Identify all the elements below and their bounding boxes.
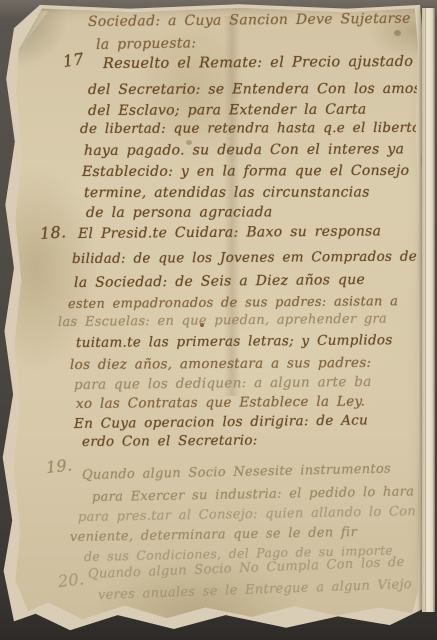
handwritten-line: El Presid.te Cuidara: Baxo su responsa	[78, 223, 381, 242]
handwritten-line: veres anuales se le Entregue a algun Vie…	[98, 577, 412, 603]
handwritten-line: Establecido: y en la forma que el Consej…	[82, 163, 435, 180]
handwritten-line: para que los dediquen: a algun arte ba	[74, 374, 372, 393]
handwritten-line: del Esclavo; para Extender la Carta	[88, 102, 367, 119]
handwritten-line: Resuelto el Remate: el Precio ajustado	[103, 54, 413, 72]
handwritten-line: haya pagado. su deuda Con el interes ya	[84, 141, 404, 159]
handwritten-line: erdo Con el Secretario:	[82, 432, 258, 450]
handwritten-line: la propuesta:	[96, 35, 197, 53]
handwritten-line: los diez años, amonestara a sus padres:	[70, 355, 371, 373]
handwritten-line: tuitam.te las primeras letras; y Cumplid…	[76, 332, 393, 351]
handwritten-line: las Escuelas: en que puedan, aprehender …	[58, 312, 387, 330]
handwritten-line: En Cuya operacion los dirigira: de Acu	[74, 412, 368, 432]
handwritten-line: xo las Contratas que Establece la Ley.	[76, 393, 365, 412]
handwritten-line: de libertad: que retendra hasta q.e el l…	[80, 120, 421, 137]
item-number-20: 20.	[57, 569, 85, 591]
manuscript-scan: Sociedad: a Cuya Sancion Deve Sujetarse …	[0, 0, 437, 640]
handwritten-line: bilidad: de que los Jovenes em Comprados…	[72, 249, 417, 267]
handwritten-line: veniente, determinara que se le den fir	[70, 525, 357, 545]
manuscript-page: Sociedad: a Cuya Sancion Deve Sujetarse …	[6, 6, 430, 630]
handwritten-line: para pres.tar al Consejo: quien allando …	[78, 504, 416, 525]
handwritten-line: de la persona agraciada	[86, 204, 273, 221]
handwritten-line: del Secretario: se Entendera Con los amo…	[88, 81, 421, 98]
handwritten-line: esten empadronados de sus padres: asista…	[68, 294, 398, 312]
handwritten-line: la Sociedad: de Seis a Diez años que	[74, 272, 365, 291]
item-number-18: 18.	[39, 222, 67, 243]
item-number-17: 17	[62, 49, 85, 71]
handwritten-line: termine, atendidas las circunstancias	[84, 185, 370, 201]
item-number-19: 19.	[45, 455, 73, 477]
handwritten-line: para Exercer su industria: el pedido lo …	[92, 484, 415, 505]
handwritten-line: Quando algun Socio Nesesite instrumentos	[82, 462, 391, 483]
foxing-spot	[394, 30, 401, 36]
book-fore-edge	[422, 8, 435, 612]
handwritten-line: Sociedad: a Cuya Sancion Deve Sujetarse …	[88, 10, 431, 30]
